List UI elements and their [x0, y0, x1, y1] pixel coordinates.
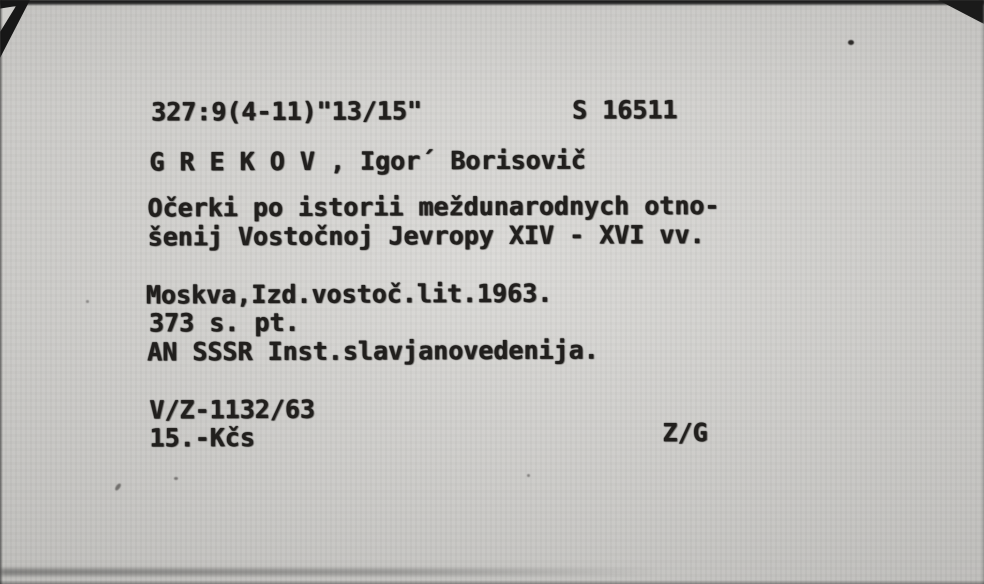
imprint-statement: Moskva,Izd.vostoč.lit.1963.: [146, 281, 552, 308]
catalog-card-scan: 327:9(4-11)"13/15" S 16511 G R E K O V ,…: [0, 0, 984, 584]
author-heading: G R E K O V , Igor´ Borisovič: [149, 148, 586, 175]
collation-statement: 373 s. pt.: [149, 310, 300, 336]
accession-number: S 16511: [572, 97, 677, 122]
title-line-2: šenij Vostočnoj Jevropy XIV - XVI vv.: [148, 222, 705, 249]
shelf-mark: V/Z-1132/63: [149, 397, 315, 423]
cataloguer-initials: Z/G: [663, 420, 708, 445]
title-line-1: Očerki po istorii meždunarodnych otno-: [148, 193, 720, 220]
series-note: AN SSSR Inst.slavjanovedenija.: [147, 338, 599, 365]
price-note: 15.-Kčs: [150, 425, 255, 450]
typed-text-layer: 327:9(4-11)"13/15" S 16511 G R E K O V ,…: [0, 0, 984, 584]
classification-number: 327:9(4-11)"13/15": [151, 98, 422, 124]
